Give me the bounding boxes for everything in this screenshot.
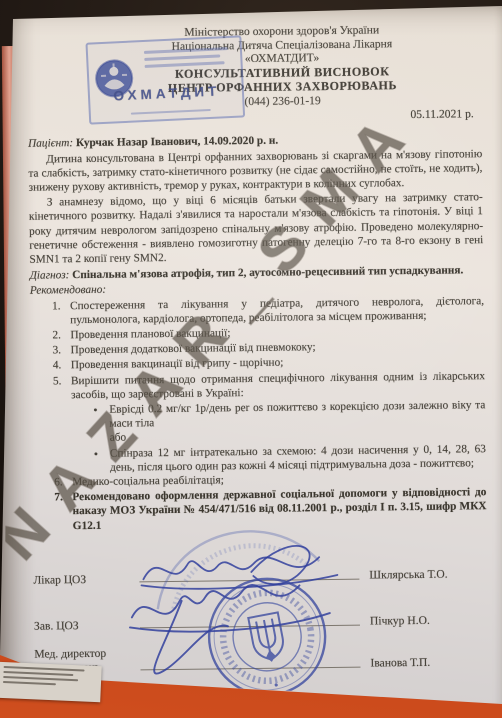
hospital-corner-stamp: ОХМАТДИТ xyxy=(85,35,245,124)
item-number: 2. xyxy=(52,328,70,342)
stamp-sub-line xyxy=(131,108,211,114)
recommendations-list: 1. Спостереження та лікування у педіатра… xyxy=(52,294,487,534)
paragraph-complaints: Дитина консультована в Центрі орфанних з… xyxy=(28,147,482,195)
signature-row: Лікар ЦОЗ Шклярська Т.О. xyxy=(33,553,481,588)
sub-list-item: • Еврісді 0.2 мг/кг 1р/день per os пожит… xyxy=(93,398,485,431)
diagnosis-label: Діагноз: xyxy=(30,269,70,281)
signer-role-line1: Мед. директор xyxy=(34,646,134,661)
item-text: Вирішити питання щодо отримання специфіч… xyxy=(71,369,485,402)
list-item: 1. Спостереження та лікування у педіатра… xyxy=(52,294,484,328)
signature-row: Зав. ЦОЗ Пічкур Н.О. xyxy=(34,583,483,634)
stamp-small-text-lines xyxy=(144,47,229,72)
patient-value: Курчак Назар Іванович, 14.09.2020 р. н. xyxy=(76,135,278,149)
item-text: Спостереження та лікування у педіатра, д… xyxy=(70,294,484,327)
document-content: ОХМАТДИТ Міністерство охорони здоров'я У… xyxy=(0,0,502,718)
sub-item-text: Спінраза 12 мг інтратекально за схемою: … xyxy=(110,442,486,475)
signer-role: Зав. ЦОЗ xyxy=(34,618,134,634)
signer-name: Шклярська Т.О. xyxy=(369,567,481,585)
item-number: 4. xyxy=(53,359,71,373)
signature-line xyxy=(141,667,361,671)
signer-name: Іванова Т.П. xyxy=(370,655,482,673)
item-number: 7. xyxy=(54,490,73,533)
signature-line xyxy=(140,625,360,629)
signer-role: Лікар ЦОЗ xyxy=(33,572,133,588)
signatures-section: Лікар ЦОЗ Шклярська Т.О. Зав. ЦОЗ Пічкур… xyxy=(33,553,482,676)
item-number: 3. xyxy=(53,343,71,357)
item-number: 1. xyxy=(52,299,70,328)
item-number: 6. xyxy=(54,475,72,489)
photo-scene: ОХМАТДИТ Міністерство охорони здоров'я У… xyxy=(0,0,502,718)
patient-label: Пацієнт: xyxy=(28,138,73,151)
list-item: 7. Рекомендовано оформлення державної со… xyxy=(54,485,486,533)
sub-item-text: Еврісді 0.2 мг/кг 1р/день per os пожиттє… xyxy=(109,398,485,431)
corner-sticker xyxy=(0,662,102,703)
signature-line xyxy=(139,579,359,583)
paragraph-anamnesis: З анамнезу відомо, що у віці 6 місяців б… xyxy=(29,190,484,267)
item-number: 5. xyxy=(53,374,71,403)
bullet-marker: • xyxy=(93,403,109,432)
signer-name: Пічкур Н.О. xyxy=(370,613,482,631)
item-text: Рекомендовано оформлення державної соціа… xyxy=(72,485,486,533)
list-item: 5. Вирішити питання щодо отримання специ… xyxy=(53,369,485,403)
bullet-marker: • xyxy=(94,446,110,475)
document-date: 05.11.2021 р. xyxy=(0,107,500,127)
